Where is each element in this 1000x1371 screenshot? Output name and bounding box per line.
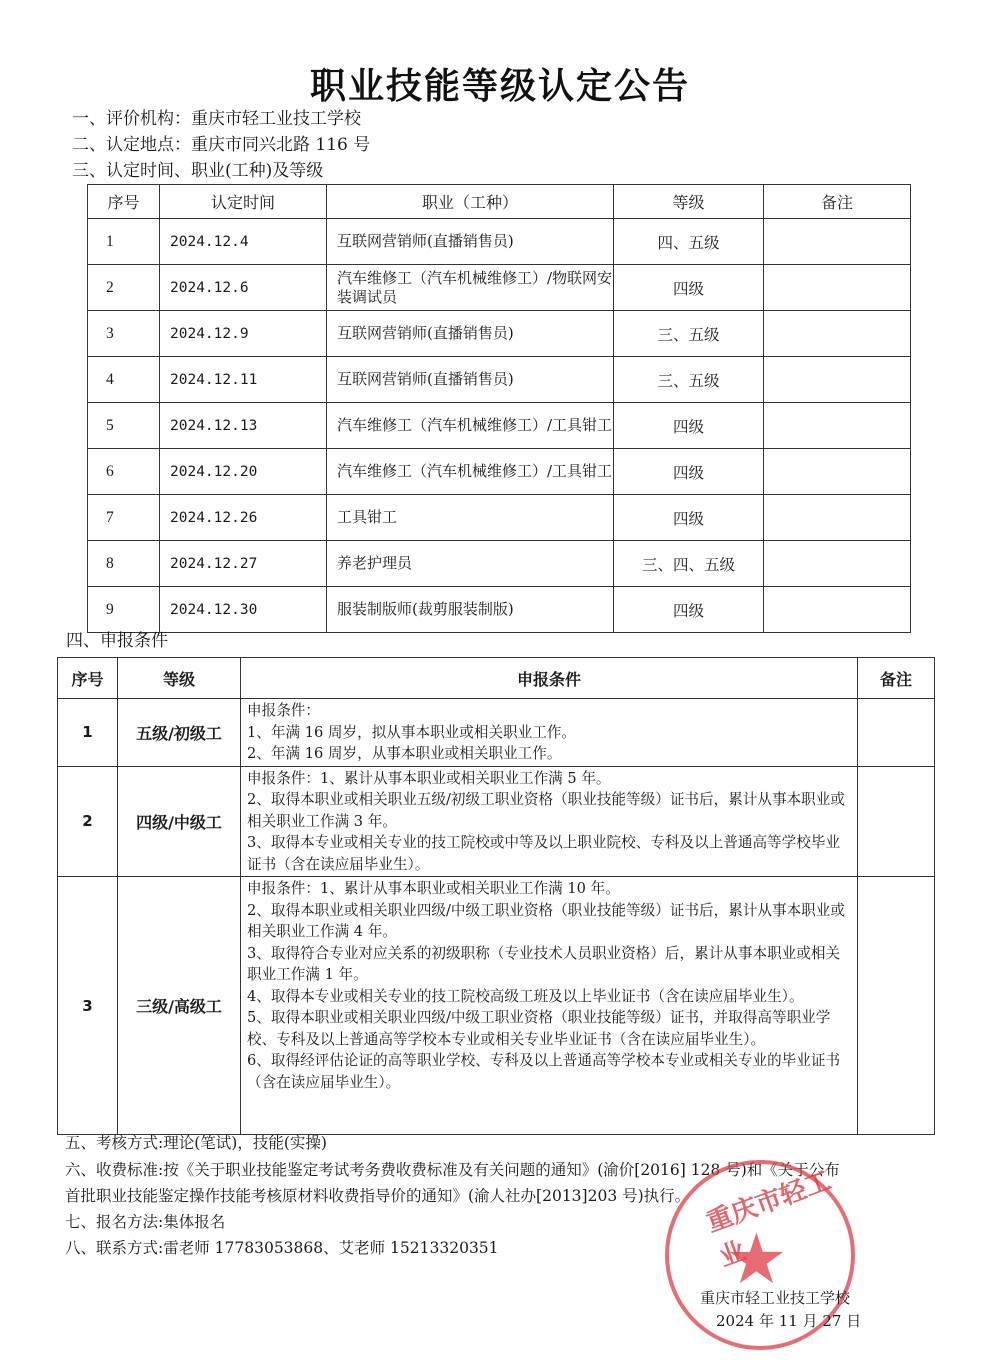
condition-text: 申报条件：: [247, 700, 851, 722]
row-job: 汽车维修工（汽车机械维修工）/工具钳工: [327, 403, 614, 449]
row-no: 8: [88, 541, 160, 587]
row-level: 四级: [614, 403, 764, 449]
table-row: 2 2024.12.6 汽车维修工（汽车机械维修工）/物联网安装调试员 四级: [88, 265, 911, 311]
section-registration-method: 七、报名方法:集体报名: [65, 1212, 225, 1232]
condition-text: 2、年满 16 周岁，从事本职业或相关职业工作。: [247, 743, 851, 765]
row-no: 6: [88, 449, 160, 495]
row-note: [858, 877, 935, 1135]
row-level: 三、五级: [614, 311, 764, 357]
row-date: 2024.12.6: [160, 265, 327, 311]
table-row: 7 2024.12.26 工具钳工 四级: [88, 495, 911, 541]
row-level: 五级/初级工: [118, 699, 241, 767]
row-level: 四级: [614, 495, 764, 541]
row-note: [764, 219, 911, 265]
row-no: 5: [88, 403, 160, 449]
signature-date: 2024 年 11 月 27 日: [716, 1310, 861, 1331]
col-header-note: 备注: [858, 658, 935, 699]
row-job: 养老护理员: [327, 541, 614, 587]
row-note: [764, 541, 911, 587]
col-header-level: 等级: [118, 658, 241, 699]
row-date: 2024.12.11: [160, 357, 327, 403]
table-row: 2 四级/中级工 申报条件：1、累计从事本职业或相关职业工作满 5 年。 2、取…: [58, 766, 935, 877]
row-conditions: 申报条件：1、累计从事本职业或相关职业工作满 10 年。 2、取得本职业或相关职…: [241, 877, 858, 1135]
row-date: 2024.12.20: [160, 449, 327, 495]
row-job: 服装制版师(裁剪服装制版): [327, 587, 614, 633]
condition-text: 2、取得本职业或相关职业五级/初级工职业资格（职业技能等级）证书后，累计从事本职…: [247, 789, 851, 832]
table-row: 4 2024.12.11 互联网营销师(直播销售员) 三、五级: [88, 357, 911, 403]
row-level: 三、四、五级: [614, 541, 764, 587]
section-requirements-heading: 四、申报条件: [66, 630, 168, 652]
row-note: [764, 495, 911, 541]
row-note: [858, 766, 935, 877]
requirements-header-row: 序号 等级 申报条件 备注: [58, 658, 935, 699]
col-header-note: 备注: [764, 185, 911, 219]
star-icon: ★: [725, 1224, 788, 1294]
row-note: [764, 265, 911, 311]
row-note: [764, 587, 911, 633]
section-assessment-method: 五、考核方式:理论(笔试)，技能(实操): [65, 1133, 327, 1153]
schedule-header-row: 序号 认定时间 职业（工种） 等级 备注: [88, 185, 911, 219]
col-header-no: 序号: [58, 658, 118, 699]
col-header-conditions: 申报条件: [241, 658, 858, 699]
table-row: 8 2024.12.27 养老护理员 三、四、五级: [88, 541, 911, 587]
row-no: 2: [58, 766, 118, 877]
row-no: 3: [58, 877, 118, 1135]
row-level: 四级/中级工: [118, 766, 241, 877]
row-note: [764, 403, 911, 449]
condition-text: 3、取得本专业或相关专业的技工院校或中等及以上职业院校、专科及以上普通高等学校毕…: [247, 832, 851, 875]
row-date: 2024.12.13: [160, 403, 327, 449]
condition-text: 4、取得本专业或相关专业的技工院校高级工班及以上毕业证书（含在读应届毕业生）。: [247, 986, 851, 1008]
row-note: [764, 311, 911, 357]
row-level: 四、五级: [614, 219, 764, 265]
section-fee-standard-line2: 首批职业技能鉴定操作技能考核原材料收费指导价的通知》(渝人社办[2013]203…: [65, 1186, 690, 1206]
row-date: 2024.12.4: [160, 219, 327, 265]
row-job: 汽车维修工（汽车机械维修工）/物联网安装调试员: [327, 265, 614, 311]
row-conditions: 申报条件： 1、年满 16 周岁，拟从事本职业或相关职业工作。 2、年满 16 …: [241, 699, 858, 767]
document-title: 职业技能等级认定公告: [0, 58, 1000, 109]
table-row: 1 2024.12.4 互联网营销师(直播销售员) 四、五级: [88, 219, 911, 265]
row-no: 1: [88, 219, 160, 265]
condition-text: 2、取得本职业或相关职业四级/中级工职业资格（职业技能等级）证书后，累计从事本职…: [247, 900, 851, 943]
table-row: 9 2024.12.30 服装制版师(裁剪服装制版) 四级: [88, 587, 911, 633]
condition-text: 申报条件：1、累计从事本职业或相关职业工作满 5 年。: [247, 768, 851, 790]
table-row: 6 2024.12.20 汽车维修工（汽车机械维修工）/工具钳工 四级: [88, 449, 911, 495]
row-no: 3: [88, 311, 160, 357]
signature-org: 重庆市轻工业技工学校: [700, 1287, 850, 1308]
condition-text: 3、取得符合专业对应关系的初级职称（专业技术人员职业资格）后，累计从事本职业或相…: [247, 943, 851, 986]
row-no: 1: [58, 699, 118, 767]
row-job: 工具钳工: [327, 495, 614, 541]
row-level: 三、五级: [614, 357, 764, 403]
row-no: 2: [88, 265, 160, 311]
row-job: 互联网营销师(直播销售员): [327, 357, 614, 403]
row-level: 三级/高级工: [118, 877, 241, 1135]
section-contact: 八、联系方式:雷老师 17783053868、艾老师 15213320351: [65, 1238, 499, 1258]
row-level: 四级: [614, 265, 764, 311]
schedule-table: 序号 认定时间 职业（工种） 等级 备注 1 2024.12.4 互联网营销师(…: [87, 184, 911, 633]
row-no: 4: [88, 357, 160, 403]
section-location: 二、认定地点：重庆市同兴北路 116 号: [72, 134, 370, 156]
row-job: 互联网营销师(直播销售员): [327, 311, 614, 357]
condition-text: 5、取得本职业或相关职业四级/中级工职业资格（职业技能等级）证书，并取得高等职业…: [247, 1007, 851, 1050]
row-level: 四级: [614, 449, 764, 495]
row-no: 7: [88, 495, 160, 541]
row-note: [764, 449, 911, 495]
section-schedule-heading: 三、认定时间、职业(工种)及等级: [72, 160, 323, 182]
row-level: 四级: [614, 587, 764, 633]
table-row: 3 三级/高级工 申报条件：1、累计从事本职业或相关职业工作满 10 年。 2、…: [58, 877, 935, 1135]
row-conditions: 申报条件：1、累计从事本职业或相关职业工作满 5 年。 2、取得本职业或相关职业…: [241, 766, 858, 877]
row-date: 2024.12.27: [160, 541, 327, 587]
row-note: [764, 357, 911, 403]
col-header-date: 认定时间: [160, 185, 327, 219]
row-note: [858, 699, 935, 767]
row-date: 2024.12.26: [160, 495, 327, 541]
table-row: 5 2024.12.13 汽车维修工（汽车机械维修工）/工具钳工 四级: [88, 403, 911, 449]
table-row: 1 五级/初级工 申报条件： 1、年满 16 周岁，拟从事本职业或相关职业工作。…: [58, 699, 935, 767]
col-header-job: 职业（工种）: [327, 185, 614, 219]
row-date: 2024.12.30: [160, 587, 327, 633]
col-header-no: 序号: [88, 185, 160, 219]
table-row: 3 2024.12.9 互联网营销师(直播销售员) 三、五级: [88, 311, 911, 357]
row-job: 互联网营销师(直播销售员): [327, 219, 614, 265]
condition-text: 6、取得经评估论证的高等职业学校、专科及以上普通高等学校本专业或相关专业的毕业证…: [247, 1050, 851, 1093]
section-fee-standard-line1: 六、收费标准:按《关于职业技能鉴定考试考务费收费标准及有关问题的通知》(渝价[2…: [65, 1160, 840, 1180]
section-evaluation-org: 一、评价机构：重庆市轻工业技工学校: [72, 108, 361, 130]
announcement-page: 职业技能等级认定公告 一、评价机构：重庆市轻工业技工学校 二、认定地点：重庆市同…: [0, 0, 1000, 1371]
col-header-level: 等级: [614, 185, 764, 219]
requirements-table: 序号 等级 申报条件 备注 1 五级/初级工 申报条件： 1、年满 16 周岁，…: [57, 657, 935, 1135]
row-no: 9: [88, 587, 160, 633]
row-job: 汽车维修工（汽车机械维修工）/工具钳工: [327, 449, 614, 495]
row-date: 2024.12.9: [160, 311, 327, 357]
condition-text: 申报条件：1、累计从事本职业或相关职业工作满 10 年。: [247, 878, 851, 900]
condition-text: 1、年满 16 周岁，拟从事本职业或相关职业工作。: [247, 722, 851, 744]
